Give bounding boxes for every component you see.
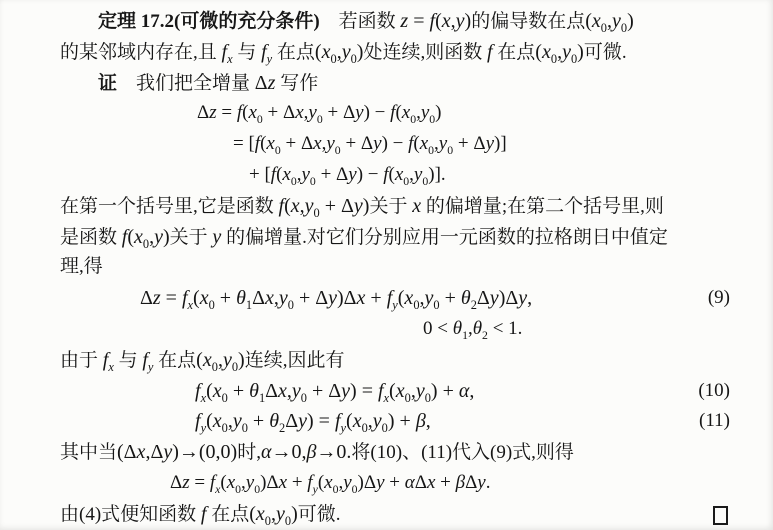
text-segment: 时, xyxy=(237,442,261,463)
inline-math-segment: x xyxy=(412,195,421,217)
text-segment: 在点 xyxy=(272,42,315,63)
equation-11: fy(x0,y0 + θ2Δy) = fy(x0,y0) + β, (11) xyxy=(0,406,773,437)
equation-theta-constraint: 0 < θ1,θ2 < 1. xyxy=(0,314,773,345)
inline-math-segment: fx xyxy=(222,41,233,63)
proof-body-line-2: 是函数 f(x0,y)关于 y 的偏增量.对它们分别应用一元函数的拉格朗日中值定 xyxy=(0,222,773,253)
text-segment: 由于 xyxy=(60,350,103,371)
theorem-statement-line-1: 定理 17.2(可微的充分条件) 若函数 z = f(x,y)的偏导数在点(x0… xyxy=(0,6,773,37)
text-segment: 写作 xyxy=(275,73,318,94)
inline-math-segment: Δz xyxy=(255,72,276,94)
conclusion-text: 由(4)式便知函数 f 在点(x0,y0)可微. xyxy=(60,504,341,525)
inline-math-segment: (Δx,Δy)→(0,0) xyxy=(117,441,237,463)
proof-body-line-3: 理,得 xyxy=(0,252,773,283)
text-segment: 的偏导数在点 xyxy=(471,11,585,32)
inline-math-segment: (x0,y0) xyxy=(315,41,364,63)
equation-10-number: (10) xyxy=(698,376,730,407)
equation-10-body: fx(x0 + θ1Δx,y0 + Δy) = fx(x0,y0) + α, xyxy=(195,380,474,402)
equation-delta-z-line-3: + [f(x0,y0 + Δy) − f(x0,y0)]. xyxy=(0,160,773,191)
inline-math-segment: (x0,y0) xyxy=(196,349,245,371)
inline-math-segment: fx xyxy=(103,349,114,371)
inline-math-segment: α→0,β→0. xyxy=(261,441,351,463)
text-segment: 其中当 xyxy=(60,442,117,463)
text-segment: 是函数 xyxy=(60,227,122,248)
proof-body-line-1: 在第一个括号里,它是函数 f(x,y0 + Δy)关于 x 的偏增量;在第二个括… xyxy=(0,191,773,222)
inline-math-segment: z = f(x,y) xyxy=(400,10,471,32)
inline-math-segment: y xyxy=(212,226,221,248)
text-segment: 关于 xyxy=(369,196,412,217)
text-segment: 若函数 xyxy=(320,11,401,32)
equation-11-number: (11) xyxy=(699,406,730,437)
conclusion-line: 由(4)式便知函数 f 在点(x0,y0)可微. xyxy=(0,499,773,530)
text-segment: 由(4)式便知函数 xyxy=(60,504,201,525)
text-segment: 可微. xyxy=(584,42,627,63)
equation-9-number: (9) xyxy=(708,283,730,314)
text-segment: 关于 xyxy=(170,227,213,248)
text-segment: 处连续,则函数 xyxy=(363,42,487,63)
text-segment: 与 xyxy=(233,42,262,63)
text-segment: 我们把全增量 xyxy=(117,73,255,94)
text-segment: 可微. xyxy=(298,504,341,525)
text-segment: 的某邻域内存在,且 xyxy=(60,42,222,63)
text-segment: 的偏增量.对它们分别应用一元函数的拉格朗日中值定 xyxy=(221,227,668,248)
proof-intro-line: 证 我们把全增量 Δz 写作 xyxy=(0,68,773,99)
text-segment: 在点 xyxy=(206,504,249,525)
inline-math-segment: (x0,y0) xyxy=(535,41,584,63)
inline-math-segment: f(x0,y) xyxy=(122,226,170,248)
text-segment: 将(10)、(11)代入(9)式,则得 xyxy=(351,442,574,463)
equation-9-body: Δz = fx(x0 + θ1Δx,y0 + Δy)Δx + fy(x0,y0 … xyxy=(140,287,532,309)
inline-math-segment: fy xyxy=(142,349,153,371)
equation-final: Δz = fx(x0,y0)Δx + fy(x0,y0)Δy + αΔx + β… xyxy=(0,468,773,499)
equation-delta-z-line-1: Δz = f(x0 + Δx,y0 + Δy) − f(x0,y0) xyxy=(0,98,773,129)
qed-box xyxy=(713,506,728,525)
text-segment: 连续,因此有 xyxy=(245,350,345,371)
textbook-page: 定理 17.2(可微的充分条件) 若函数 z = f(x,y)的偏导数在点(x0… xyxy=(0,0,773,530)
equation-11-body: fy(x0,y0 + θ2Δy) = fy(x0,y0) + β, xyxy=(195,410,431,432)
equation-10: fx(x0 + θ1Δx,y0 + Δy) = fx(x0,y0) + α, (… xyxy=(0,376,773,407)
text-segment: 的偏增量;在第二个括号里,则 xyxy=(421,196,664,217)
text-segment: 理,得 xyxy=(60,256,103,277)
inline-math-segment: f(x,y0 + Δy) xyxy=(279,195,370,217)
text-segment: 在点 xyxy=(493,42,536,63)
text-segment: 在点 xyxy=(153,350,196,371)
proof-body-line-5: 其中当(Δx,Δy)→(0,0)时,α→0,β→0.将(10)、(11)代入(9… xyxy=(0,437,773,468)
proof-body-line-4: 由于 fx 与 fy 在点(x0,y0)连续,因此有 xyxy=(0,345,773,376)
bold-text-segment: 证 xyxy=(98,73,117,94)
text-segment: 与 xyxy=(114,350,143,371)
theorem-statement-line-2: 的某邻域内存在,且 fx 与 fy 在点(x0,y0)处连续,则函数 f 在点(… xyxy=(0,37,773,68)
inline-math-segment: (x0,y0) xyxy=(249,503,298,525)
equation-delta-z-line-2: = [f(x0 + Δx,y0 + Δy) − f(x0,y0 + Δy)] xyxy=(0,129,773,160)
inline-math-segment: fy xyxy=(261,41,272,63)
bold-text-segment: 定理 17.2(可微的充分条件) xyxy=(98,11,320,32)
equation-9: Δz = fx(x0 + θ1Δx,y0 + Δy)Δx + fy(x0,y0 … xyxy=(0,283,773,314)
text-segment: 在第一个括号里,它是函数 xyxy=(60,196,279,217)
inline-math-segment: (x0,y0) xyxy=(585,10,634,32)
